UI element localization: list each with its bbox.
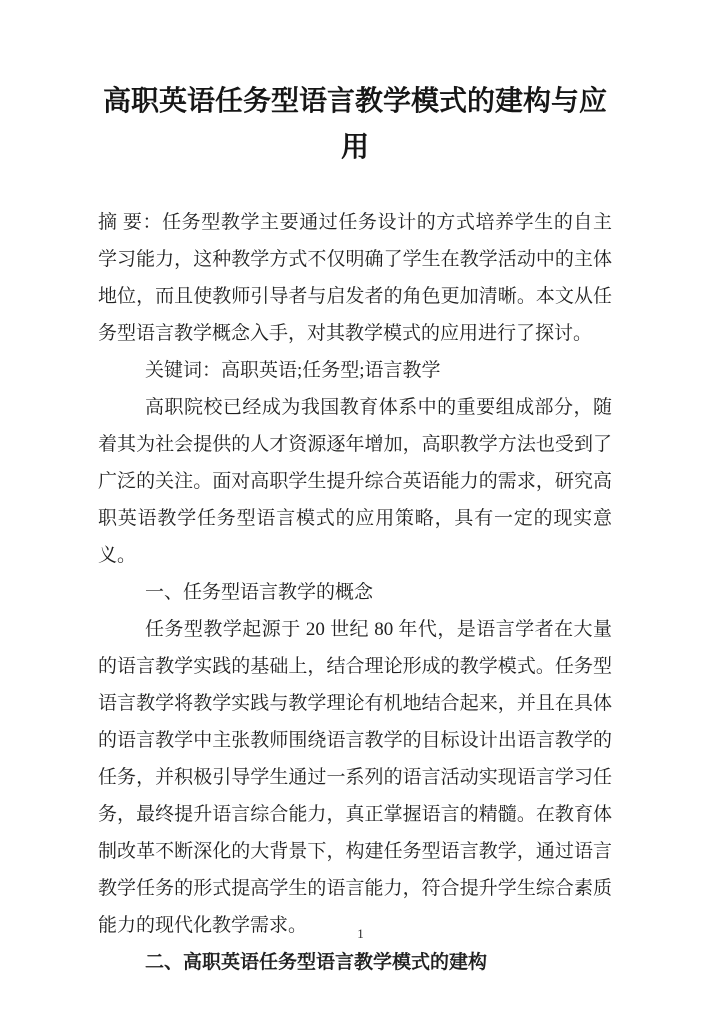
document-page: 高职英语任务型语言教学模式的建构与应用 摘 要：任务型教学主要通过任务设计的方式… xyxy=(0,0,721,1020)
document-body: 高职英语任务型语言教学模式的建构与应用 摘 要：任务型教学主要通过任务设计的方式… xyxy=(98,79,612,981)
abstract-paragraph: 摘 要：任务型教学主要通过任务设计的方式培养学生的自主学习能力，这种教学方式不仅… xyxy=(98,204,612,352)
intro-paragraph: 高职院校已经成为我国教育体系中的重要组成部分，随着其为社会提供的人才资源逐年增加… xyxy=(98,389,612,574)
keywords-paragraph: 关键词：高职英语;任务型;语言教学 xyxy=(98,352,612,389)
document-title: 高职英语任务型语言教学模式的建构与应用 xyxy=(98,79,612,171)
section-heading-1: 一、任务型语言教学的概念 xyxy=(98,574,612,611)
section-body-1: 任务型教学起源于 20 世纪 80 年代，是语言学者在大量的语言教学实践的基础上… xyxy=(98,611,612,944)
page-number: 1 xyxy=(0,925,721,943)
section-heading-2: 二、高职英语任务型语言教学模式的建构 xyxy=(98,944,612,981)
